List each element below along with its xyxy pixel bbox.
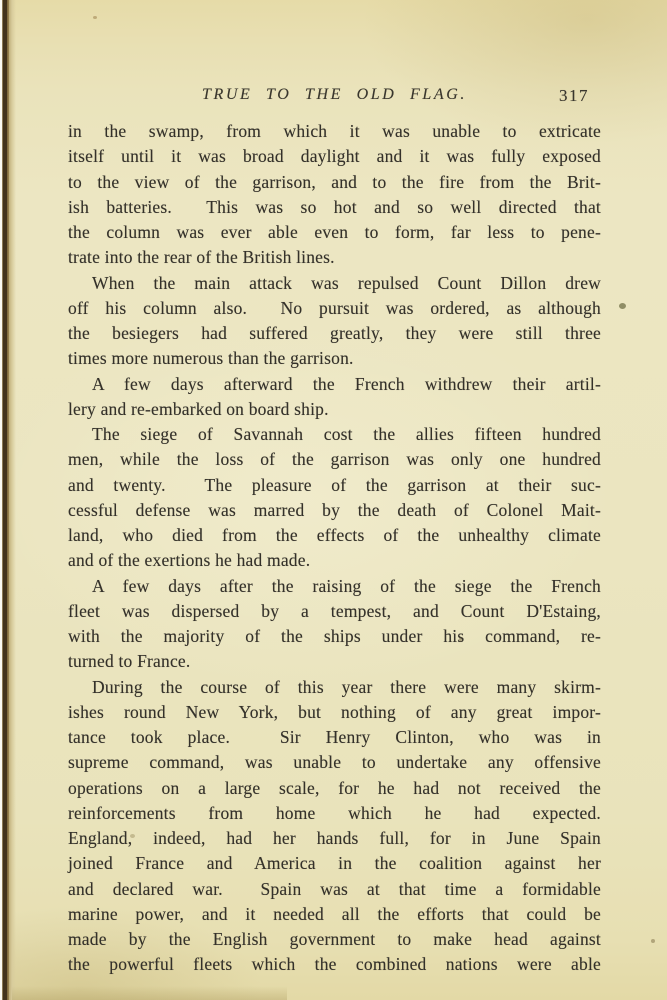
book-page-scan: TRUE TO THE OLD FLAG. 317 in the swamp, … [0,0,667,1000]
text-line: ishes round New York, but nothing of any… [68,700,601,725]
text-line: supreme command, was unable to undertake… [68,750,601,775]
book-spine-edge [0,0,16,1000]
text-line: England, indeed, had her hands full, for… [68,826,601,851]
text-line: and declared war. Spain was at that time… [68,877,601,902]
text-line: fleet was dispersed by a tempest, and Co… [68,599,601,624]
text-line: the powerful fleets which the combined n… [68,952,601,977]
page-content: TRUE TO THE OLD FLAG. 317 in the swamp, … [68,86,601,978]
text-line: and of the exertions he had made. [68,548,601,573]
text-line: tance took place. Sir Henry Clinton, who… [68,725,601,750]
text-line: itself until it was broad daylight and i… [68,144,601,169]
text-line: marine power, and it needed all the effo… [68,902,601,927]
scan-speck [93,16,97,19]
text-line: times more numerous than the garrison. [68,346,601,371]
running-title: TRUE TO THE OLD FLAG. [68,86,601,104]
text-line: operations on a large scale, for he had … [68,776,601,801]
text-line: with the majority of the ships under his… [68,624,601,649]
text-line: turned to France. [68,649,601,674]
text-line: the column was ever able even to form, f… [68,220,601,245]
text-line: trate into the rear of the British lines… [68,245,601,270]
text-line: and twenty. The pleasure of the garrison… [68,473,601,498]
text-line: A few days after the raising of the sieg… [68,574,601,599]
text-line: men, while the loss of the garrison was … [68,447,601,472]
text-line: The siege of Savannah cost the allies fi… [68,422,601,447]
page-bottom-shadow [12,986,287,1000]
scan-speck [651,939,655,943]
scan-speck [619,303,626,309]
text-line: lery and re-embarked on board ship. [68,397,601,422]
text-line: When the main attack was repulsed Count … [68,271,601,296]
text-line: made by the English government to make h… [68,927,601,952]
text-line: During the course of this year there wer… [68,675,601,700]
text-line: cessful defense was marred by the death … [68,498,601,523]
text-line: in the swamp, from which it was unable t… [68,119,601,144]
text-line: ish batteries. This was so hot and so we… [68,195,601,220]
text-line: off his column also. No pursuit was orde… [68,296,601,321]
text-line: reinforcements from home which he had ex… [68,801,601,826]
text-line: land, who died from the effects of the u… [68,523,601,548]
text-line: A few days afterward the French withdrew… [68,372,601,397]
text-line: joined France and America in the coaliti… [68,851,601,876]
text-line: the besiegers had suffered greatly, they… [68,321,601,346]
page-number: 317 [559,86,589,106]
body-text: in the swamp, from which it was unable t… [68,119,601,978]
text-line: to the view of the garrison, and to the … [68,170,601,195]
page-header: TRUE TO THE OLD FLAG. 317 [68,86,601,110]
